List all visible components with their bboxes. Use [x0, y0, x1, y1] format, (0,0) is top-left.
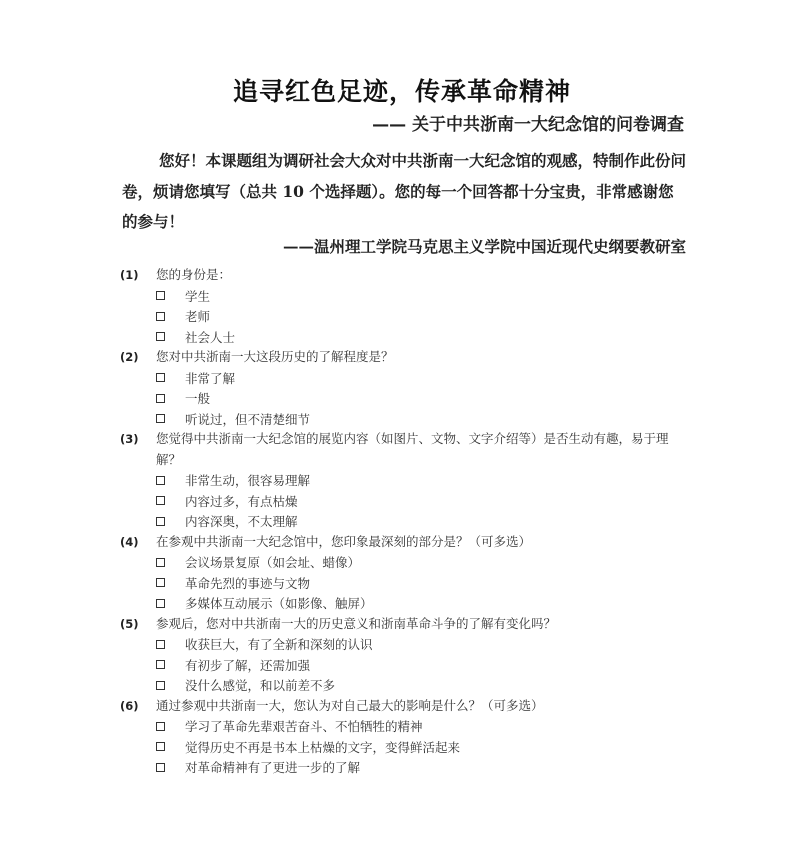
question-5: (5)参观后，您对中共浙南一大的历史意义和浙南革命斗争的了解有变化吗？ 收获巨大…: [120, 614, 690, 696]
option[interactable]: 内容深奥，不太理解: [120, 511, 690, 532]
option-label: 学习了革命先辈艰苦奋斗、不怕牺牲的精神: [185, 717, 423, 735]
checkbox-icon[interactable]: [156, 394, 165, 403]
checkbox-icon[interactable]: [156, 640, 165, 649]
option[interactable]: 会议场景复原（如会址、蜡像）: [120, 552, 690, 573]
questionnaire-page: 追寻红色足迹，传承革命精神 —— 关于中共浙南一大纪念馆的问卷调查 您好！本课题…: [0, 0, 804, 857]
intro-text: 您好！本课题组为调研社会大众对中共浙南一大纪念馆的观感，特制作此份问卷，烦请您填…: [122, 151, 686, 231]
signature: ——温州理工学院马克思主义学院中国近现代史纲要教研室: [283, 235, 686, 257]
question-number: (2): [120, 347, 156, 368]
checkbox-icon[interactable]: [156, 312, 165, 321]
option[interactable]: 学生: [120, 286, 690, 307]
option[interactable]: 社会人士: [120, 327, 690, 348]
question-3: (3)您觉得中共浙南一大纪念馆的展览内容（如图片、文物、文字介绍等）是否生动有趣…: [120, 429, 690, 532]
checkbox-icon[interactable]: [156, 414, 165, 423]
checkbox-icon[interactable]: [156, 291, 165, 300]
option-label: 内容过多，有点枯燥: [185, 492, 298, 510]
question-text: 您的身份是：: [156, 265, 690, 286]
checkbox-icon[interactable]: [156, 763, 165, 772]
option-label: 收获巨大，有了全新和深刻的认识: [185, 635, 373, 653]
option[interactable]: 老师: [120, 306, 690, 327]
option[interactable]: 有初步了解，还需加强: [120, 655, 690, 676]
option[interactable]: 对革命精神有了更进一步的了解: [120, 757, 690, 778]
checkbox-icon[interactable]: [156, 476, 165, 485]
checkbox-icon[interactable]: [156, 332, 165, 341]
option-label: 会议场景复原（如会址、蜡像）: [185, 553, 360, 571]
option-label: 学生: [185, 287, 210, 305]
option-label: 有初步了解，还需加强: [185, 656, 310, 674]
question-text: 参观后，您对中共浙南一大的历史意义和浙南革命斗争的了解有变化吗？: [156, 614, 690, 635]
option-label: 革命先烈的事迹与文物: [185, 574, 310, 592]
question-number: (5): [120, 614, 156, 635]
question-number: (1): [120, 265, 156, 286]
checkbox-icon[interactable]: [156, 558, 165, 567]
option[interactable]: 收获巨大，有了全新和深刻的认识: [120, 634, 690, 655]
question-4: (4)在参观中共浙南一大纪念馆中，您印象最深刻的部分是？（可多选） 会议场景复原…: [120, 532, 690, 614]
option-label: 非常了解: [185, 369, 235, 387]
question-text: 在参观中共浙南一大纪念馆中，您印象最深刻的部分是？（可多选）: [156, 532, 690, 553]
question-list: (1)您的身份是： 学生 老师 社会人士 (2)您对中共浙南一大这段历史的了解程…: [120, 265, 690, 778]
option[interactable]: 革命先烈的事迹与文物: [120, 573, 690, 594]
question-2: (2)您对中共浙南一大这段历史的了解程度是？ 非常了解 一般 听说过，但不清楚细…: [120, 347, 690, 429]
checkbox-icon[interactable]: [156, 599, 165, 608]
option-label: 觉得历史不再是书本上枯燥的文字，变得鲜活起来: [185, 738, 460, 756]
checkbox-icon[interactable]: [156, 742, 165, 751]
checkbox-icon[interactable]: [156, 496, 165, 505]
checkbox-icon[interactable]: [156, 681, 165, 690]
question-text: 您对中共浙南一大这段历史的了解程度是？: [156, 347, 690, 368]
checkbox-icon[interactable]: [156, 660, 165, 669]
option-label: 对革命精神有了更进一步的了解: [185, 758, 360, 776]
question-6: (6)通过参观中共浙南一大，您认为对自己最大的影响是什么？（可多选） 学习了革命…: [120, 696, 690, 778]
checkbox-icon[interactable]: [156, 578, 165, 587]
option-label: 社会人士: [185, 328, 235, 346]
document-subtitle: —— 关于中共浙南一大纪念馆的问卷调查: [372, 110, 684, 135]
option[interactable]: 内容过多，有点枯燥: [120, 491, 690, 512]
option[interactable]: 学习了革命先辈艰苦奋斗、不怕牺牲的精神: [120, 716, 690, 737]
option-label: 内容深奥，不太理解: [185, 512, 298, 530]
question-1: (1)您的身份是： 学生 老师 社会人士: [120, 265, 690, 347]
question-number: (6): [120, 696, 156, 717]
checkbox-icon[interactable]: [156, 373, 165, 382]
intro-paragraph: 您好！本课题组为调研社会大众对中共浙南一大纪念馆的观感，特制作此份问卷，烦请您填…: [122, 146, 687, 238]
option[interactable]: 觉得历史不再是书本上枯燥的文字，变得鲜活起来: [120, 737, 690, 758]
option-label: 非常生动，很容易理解: [185, 471, 310, 489]
question-text: 您觉得中共浙南一大纪念馆的展览内容（如图片、文物、文字介绍等）是否生动有趣，易于…: [156, 429, 690, 470]
document-title: 追寻红色足迹，传承革命精神: [0, 72, 804, 108]
question-text: 通过参观中共浙南一大，您认为对自己最大的影响是什么？（可多选）: [156, 696, 690, 717]
question-number: (3): [120, 429, 156, 470]
option[interactable]: 没什么感觉，和以前差不多: [120, 675, 690, 696]
option-label: 没什么感觉，和以前差不多: [185, 676, 335, 694]
option[interactable]: 多媒体互动展示（如影像、触屏）: [120, 593, 690, 614]
option[interactable]: 一般: [120, 388, 690, 409]
option[interactable]: 非常生动，很容易理解: [120, 470, 690, 491]
checkbox-icon[interactable]: [156, 722, 165, 731]
option-label: 一般: [185, 389, 210, 407]
option-label: 多媒体互动展示（如影像、触屏）: [185, 594, 373, 612]
option-label: 老师: [185, 307, 210, 325]
checkbox-icon[interactable]: [156, 517, 165, 526]
option-label: 听说过，但不清楚细节: [185, 410, 310, 428]
option[interactable]: 听说过，但不清楚细节: [120, 409, 690, 430]
option[interactable]: 非常了解: [120, 368, 690, 389]
question-number: (4): [120, 532, 156, 553]
